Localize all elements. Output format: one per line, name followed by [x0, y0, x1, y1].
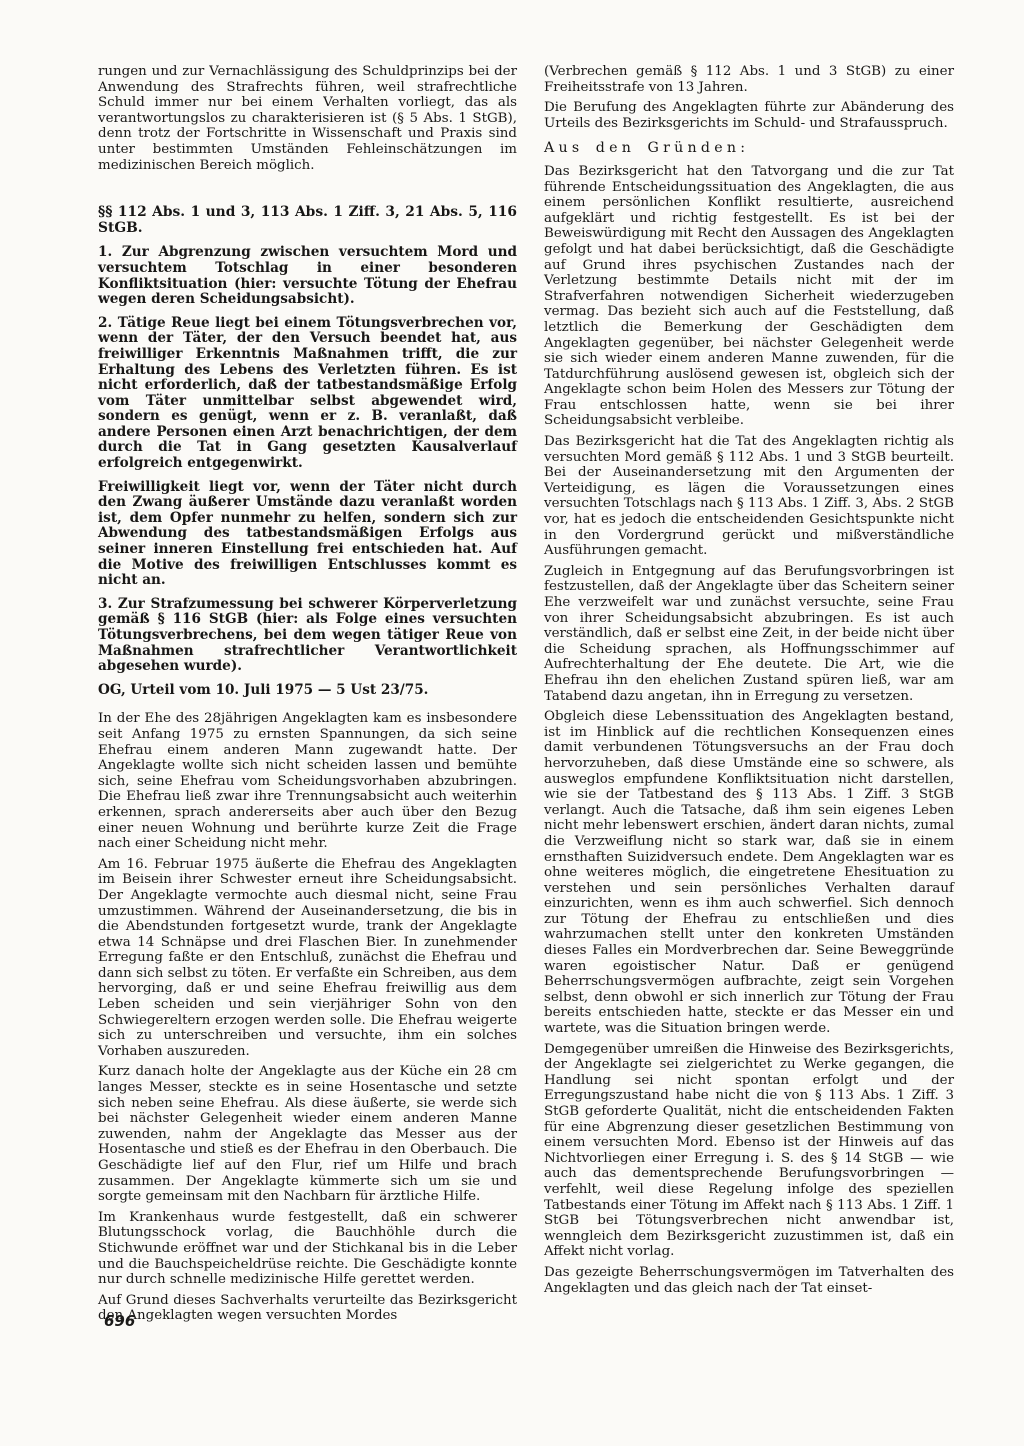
headnote-3: 3. Zur Strafzumessung bei schwerer Körpe…: [98, 597, 517, 675]
reasons-paragraph: Das gezeigte Beherrschungsvermögen im Ta…: [544, 1265, 954, 1296]
paragraph-continuation: rungen und zur Vernachlässigung des Schu…: [98, 64, 517, 173]
case-citation: OG, Urteil vom 10. Juli 1975 — 5 Ust 23/…: [98, 683, 517, 699]
reasons-paragraph: Demgegenüber umreißen die Hinweise des B…: [544, 1042, 954, 1260]
reasons-paragraph: Das Bezirksgericht hat die Tat des Angek…: [544, 434, 954, 559]
text-columns: rungen und zur Vernachlässigung des Schu…: [98, 64, 954, 1329]
section-heading-gruende: Aus den Gründen:: [544, 141, 954, 157]
facts-paragraph: In der Ehe des 28jährigen Angeklagten ka…: [98, 711, 517, 851]
page-number: 696: [104, 1312, 135, 1330]
scanned-journal-page: rungen und zur Vernachlässigung des Schu…: [0, 0, 1024, 1446]
headnote-1: 1. Zur Abgrenzung zwischen versuchtem Mo…: [98, 245, 517, 307]
statute-heading: §§ 112 Abs. 1 und 3, 113 Abs. 1 Ziff. 3,…: [98, 205, 517, 236]
reasons-paragraph: Zugleich in Entgegnung auf das Berufungs…: [544, 564, 954, 704]
reasons-paragraph: Das Bezirksgericht hat den Tatvorgang un…: [544, 164, 954, 429]
facts-paragraph: Am 16. Februar 1975 äußerte die Ehefrau …: [98, 857, 517, 1060]
facts-paragraph: Im Krankenhaus wurde festgestellt, daß e…: [98, 1210, 517, 1288]
verdict-paragraph: (Verbrechen gemäß § 112 Abs. 1 und 3 StG…: [544, 64, 954, 95]
facts-paragraph: Kurz danach holte der Angeklagte aus der…: [98, 1064, 517, 1204]
appeal-paragraph: Die Berufung des Angeklagten führte zur …: [544, 100, 954, 131]
headnote-2-continued: Freiwilligkeit liegt vor, wenn der Täter…: [98, 480, 517, 589]
left-column: rungen und zur Vernachlässigung des Schu…: [98, 64, 517, 1329]
right-column: (Verbrechen gemäß § 112 Abs. 1 und 3 StG…: [544, 64, 954, 1329]
headnote-2: 2. Tätige Reue liegt bei einem Tötungsve…: [98, 316, 517, 472]
reasons-paragraph: Obgleich diese Lebenssituation des Angek…: [544, 709, 954, 1036]
facts-paragraph: Auf Grund dieses Sachverhalts verurteilt…: [98, 1293, 517, 1324]
